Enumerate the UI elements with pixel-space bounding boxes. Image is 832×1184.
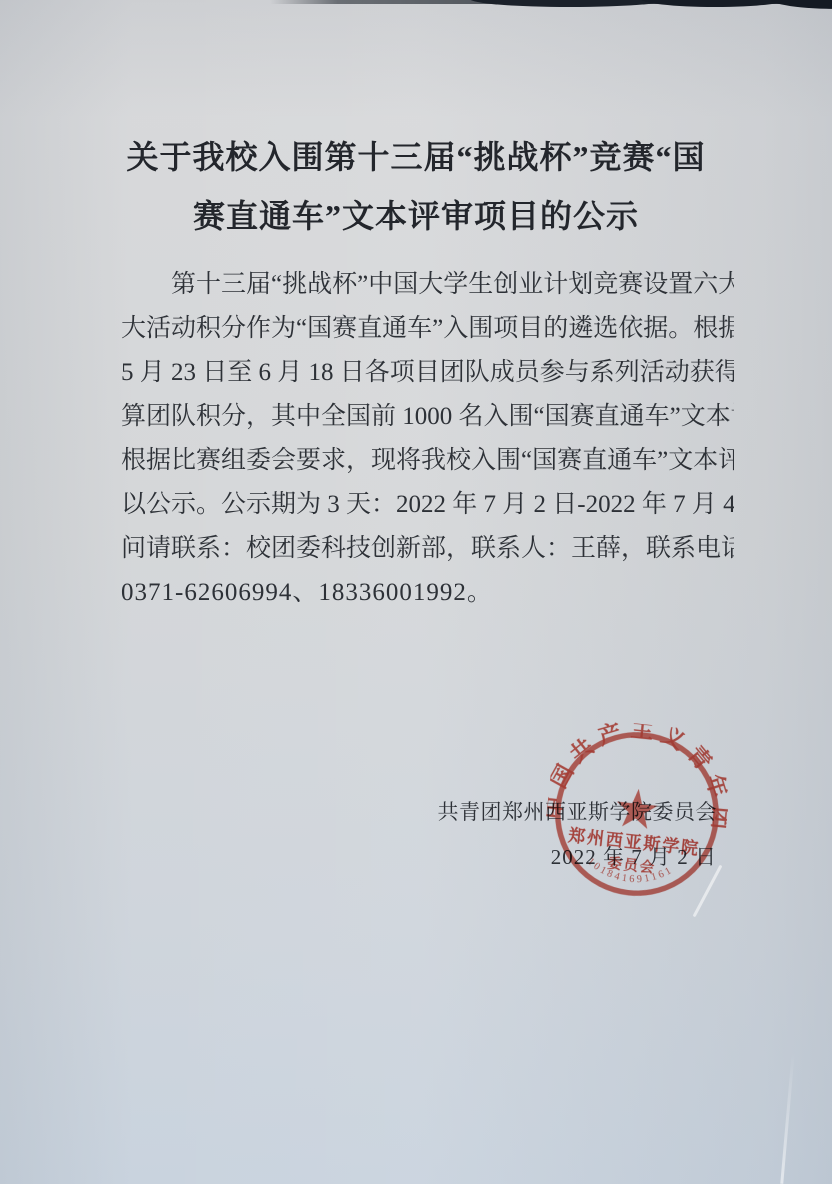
body-line-7: 问请联系：校团委科技创新部，联系人：王薛，联系电话： <box>121 527 734 571</box>
body-line-5: 根据比赛组委会要求，现将我校入围“国赛直通车”文本评审项目予 <box>121 439 734 483</box>
photo-backdrop-edge <box>770 0 832 9</box>
official-seal: 中国共产主义青年团 郑州西亚斯学院 委员会 101841691161 <box>538 715 736 913</box>
notice-title-line2: 赛直通车”文本评审项目的公示 <box>60 187 772 246</box>
body-line-6: 以公示。公示期为 3 天：2022 年 7 月 2 日-2022 年 7 月 4… <box>121 483 734 527</box>
photographed-notice-page: 关于我校入围第十三届“挑战杯”竞赛“国 赛直通车”文本评审项目的公示 第十三届“… <box>0 0 832 1184</box>
red-star-icon <box>614 787 659 830</box>
photo-backdrop-edge <box>640 0 790 7</box>
notice-title: 关于我校入围第十三届“挑战杯”竞赛“国 赛直通车”文本评审项目的公示 <box>60 128 772 246</box>
paper-fold-line <box>780 1052 794 1184</box>
photo-backdrop-edge <box>470 0 670 7</box>
notice-body: 第十三届“挑战杯”中国大学生创业计划竞赛设置六大活动，六 大活动积分作为“国赛直… <box>121 263 734 615</box>
body-line-2: 大活动积分作为“国赛直通车”入围项目的遴选依据。根据活动规则， <box>121 307 734 351</box>
body-line-4: 算团队积分，其中全国前 1000 名入围“国赛直通车”文本评审项目。 <box>121 395 734 439</box>
seal-org-name: 郑州西亚斯学院 <box>566 825 701 859</box>
body-line-1: 第十三届“挑战杯”中国大学生创业计划竞赛设置六大活动，六 <box>121 263 734 307</box>
body-line-3: 5 月 23 日至 6 月 18 日各项目团队成员参与系列活动获得个人得分核 <box>121 351 734 395</box>
body-line-8: 0371-62606994、18336001992。 <box>121 571 734 615</box>
notice-title-line1: 关于我校入围第十三届“挑战杯”竞赛“国 <box>60 128 772 187</box>
